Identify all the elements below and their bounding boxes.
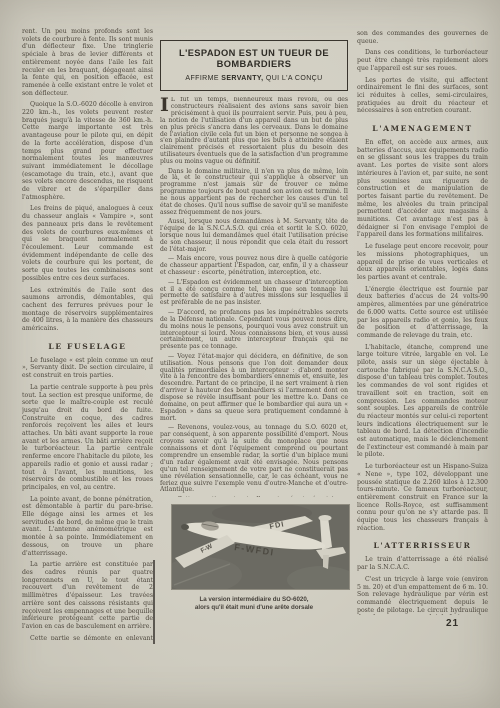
paragraph: Le fuselage « est plein comme un œuf », … bbox=[22, 357, 153, 380]
caption-line-2: alors qu'il était muni d'une arête dorsa… bbox=[158, 604, 350, 612]
intro-text: L fut un temps, bienheureux mais révolu,… bbox=[160, 97, 348, 165]
paragraph: L'énergie électrique est fournie par deu… bbox=[357, 286, 488, 340]
article-body: IL fut un temps, bienheureux mais révolu… bbox=[160, 97, 348, 497]
headline-box: L'ESPADON EST UN TUEUR DE BOMBARDIERS AF… bbox=[160, 40, 348, 91]
paragraph: La pointe avant, de bonne pénétration, e… bbox=[22, 496, 153, 558]
magazine-page: rent. Un peu moins profonds sont les vol… bbox=[0, 0, 500, 708]
paragraph: Le train d'atterrissage a été réalisé pa… bbox=[357, 556, 488, 571]
paragraph: Les extrémités de l'aile sont des saumon… bbox=[22, 287, 153, 333]
page-number: 21 bbox=[446, 618, 459, 629]
subtitle-post: QUI L'A CONÇU bbox=[264, 75, 323, 82]
paragraph: Quoique la S.O.-6020 décolle à environ 2… bbox=[22, 101, 153, 201]
paragraph: — Revenons, voulez-vous, au tonnage du S… bbox=[160, 425, 348, 494]
paragraph: rent. Un peu moins profonds sont les vol… bbox=[22, 28, 153, 97]
paragraph: — Voyez l'état-major qui décidera, en dé… bbox=[160, 354, 348, 423]
paragraph: La partie centrale supporte à peu près t… bbox=[22, 384, 153, 492]
section-heading-atterrisseur: L'ATTERRISSEUR bbox=[357, 541, 488, 550]
article-subtitle: AFFIRME SERVANTY, QUI L'A CONÇU bbox=[165, 75, 343, 82]
aircraft-illustration: F-WFDI FDI F-W bbox=[172, 505, 349, 589]
paragraph: En effet, on accède aux armes, aux batte… bbox=[357, 139, 488, 239]
paragraph: Le turboréacteur est un Hispano-Suiza « … bbox=[357, 463, 488, 532]
paragraph: — Mais encore, vous pouvez nous dire à q… bbox=[160, 256, 348, 277]
paragraph: Cette partie se démonte en enlevant quat… bbox=[22, 635, 153, 640]
right-column: son des commandes des gouvernes de queue… bbox=[357, 30, 488, 615]
paragraph: Les freins de piqué, analogues à ceux du… bbox=[22, 205, 153, 282]
paragraph: Les portes de visite, qui affectent ordi… bbox=[357, 77, 488, 116]
article-title: L'ESPADON EST UN TUEUR DE BOMBARDIERS bbox=[165, 48, 343, 70]
paragraph: Dans le domaine militaire, il n'en va pl… bbox=[160, 169, 348, 217]
intro-paragraph: IL fut un temps, bienheureux mais révolu… bbox=[160, 97, 348, 166]
paragraph: Dans ces conditions, le turboréacteur pe… bbox=[357, 49, 488, 72]
subtitle-pre: AFFIRME bbox=[185, 75, 221, 82]
section-heading-amenagement: L'AMENAGEMENT bbox=[357, 124, 488, 133]
section-heading-fuselage: LE FUSELAGE bbox=[22, 342, 153, 351]
photo-caption: La version intermédiaire du SO-6020, alo… bbox=[158, 596, 350, 612]
drop-cap: I bbox=[160, 97, 171, 113]
paragraph: Aussi, lorsque nous demandâmes à M. Serv… bbox=[160, 219, 348, 254]
paragraph: — D'accord, ne profanons pas les impénét… bbox=[160, 310, 348, 351]
paragraph: — L'Espadon est évidemment un chasseur d… bbox=[160, 280, 348, 308]
paragraph: L'habitacle, étanche, comprend une large… bbox=[357, 344, 488, 460]
middle-column: L'ESPADON EST UN TUEUR DE BOMBARDIERS AF… bbox=[160, 40, 348, 497]
paragraph: son des commandes des gouvernes de queue… bbox=[357, 30, 488, 45]
paragraph: Le fuselage peut encore recevoir, pour l… bbox=[357, 243, 488, 282]
paragraph: C'est un tricycle à large voie (environ … bbox=[357, 576, 488, 615]
aircraft-photo: F-WFDI FDI F-W bbox=[172, 505, 349, 589]
left-column: rent. Un peu moins profonds sont les vol… bbox=[22, 28, 153, 640]
caption-line-1: La version intermédiaire du SO-6020, bbox=[158, 596, 350, 604]
paragraph: La partie arrière est constituée par des… bbox=[22, 561, 153, 630]
subtitle-author: SERVANTY, bbox=[221, 75, 263, 82]
scan-artifact-line bbox=[153, 560, 155, 644]
